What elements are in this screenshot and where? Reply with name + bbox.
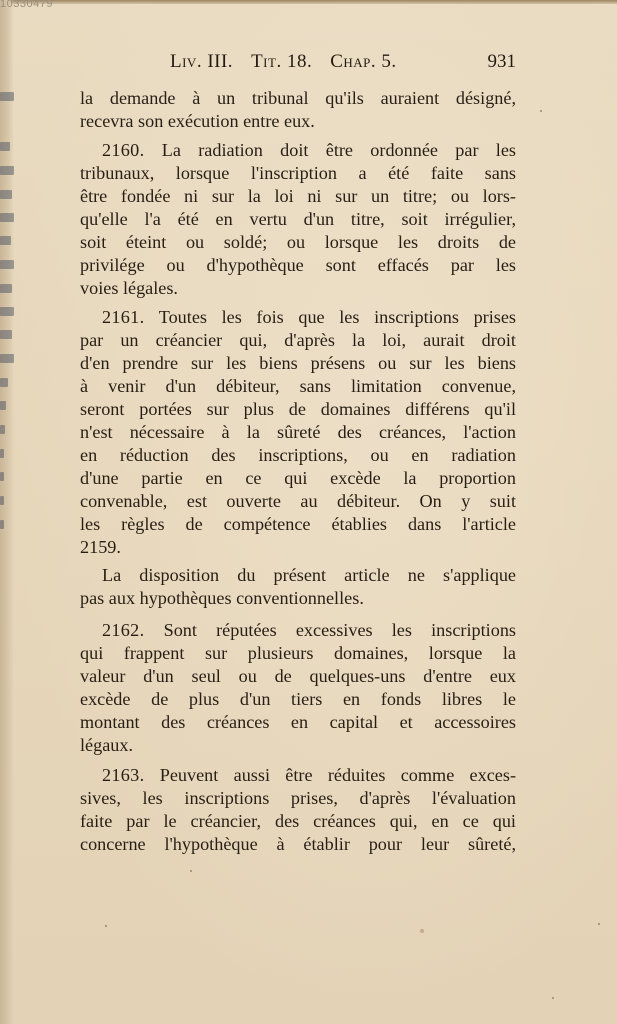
text-line: soit éteint ou soldé; ou lorsque les dro… xyxy=(80,231,516,254)
text-run: Sont réputées excessives les inscription… xyxy=(164,620,516,640)
bleed-through-mark xyxy=(0,354,14,363)
paper-speck xyxy=(552,997,554,999)
text-line: d'une partie en ce qui excède la proport… xyxy=(80,467,516,490)
bleed-through-mark xyxy=(0,330,12,339)
text-line: convenable, est ouverte au débiteur. On … xyxy=(80,490,516,513)
text-line: qui frappent sur plusieurs domaines, lor… xyxy=(80,642,516,665)
bleed-through-mark xyxy=(0,520,4,529)
text-run: Peuvent aussi être réduites comme exces- xyxy=(160,765,516,785)
page-number: 931 xyxy=(488,51,517,73)
text-line: seront portées sur plus de domaines diff… xyxy=(80,398,516,421)
bleed-through-mark xyxy=(0,378,8,387)
bleed-through-mark xyxy=(0,213,14,222)
article-2161-alinea: La disposition du présent article ne s'a… xyxy=(80,564,516,610)
bleed-through-mark xyxy=(0,190,12,199)
text-line-first: 2161. Toutes les fois que les inscriptio… xyxy=(80,306,516,329)
bleed-through-mark xyxy=(0,142,10,151)
bleed-through-mark xyxy=(0,496,4,505)
text-line: en réduction des inscriptions, ou en rad… xyxy=(80,444,516,467)
bleed-through-mark xyxy=(0,236,11,245)
bleed-through-mark xyxy=(0,284,12,293)
article-number: 2161. xyxy=(102,307,144,327)
text-line: voies légales. xyxy=(80,277,516,300)
text-line: La disposition du présent article ne s'a… xyxy=(80,564,516,587)
bleed-through-mark xyxy=(0,92,14,101)
paper-speck xyxy=(598,923,600,925)
text-line: tribunaux, lorsque l'inscription a été f… xyxy=(80,162,516,185)
text-line: n'est nécessaire à la sûreté des créance… xyxy=(80,421,516,444)
bleed-through-mark xyxy=(0,307,14,316)
text-line: à venir d'un débiteur, sans limitation c… xyxy=(80,375,516,398)
text-line: d'en prendre sur les biens présens ou su… xyxy=(80,352,516,375)
text-line: pas aux hypothèques conventionnelles. xyxy=(80,587,516,610)
bleed-through-mark xyxy=(0,425,5,434)
article-number: 2162. xyxy=(102,620,144,640)
bleed-through-mark xyxy=(0,260,14,269)
paper-speck xyxy=(540,110,542,112)
text-line: montant des créances en capital et acces… xyxy=(80,711,516,734)
bleed-through-mark xyxy=(0,166,14,175)
text-line: concerne l'hypothèque à établir pour leu… xyxy=(80,833,516,856)
text-line: 2159. xyxy=(80,536,516,559)
book-gutter-edge xyxy=(0,0,14,1024)
running-header: Liv. III. Tit. 18. Chap. 5. 931 xyxy=(170,51,516,75)
text-line: excède de plus d'un tiers en fonds libre… xyxy=(80,688,516,711)
bleed-through-mark xyxy=(0,401,6,410)
text-line: privilége ou d'hypothèque sont effacés p… xyxy=(80,254,516,277)
bleed-through-mark xyxy=(0,449,4,458)
text-line-first: 2163. Peuvent aussi être réduites comme … xyxy=(80,764,516,787)
header-titre: Tit. 18. xyxy=(251,51,312,73)
text-line: recevra son exécution entre eux. xyxy=(80,110,516,133)
article-number: 2160. xyxy=(102,140,144,160)
article-2161: 2161. Toutes les fois que les inscriptio… xyxy=(80,306,516,559)
text-line: les règles de compétence établies dans l… xyxy=(80,513,516,536)
header-chapitre: Chap. 5. xyxy=(330,51,487,73)
article-2160: 2160. La radiation doit être ordonnée pa… xyxy=(80,139,516,300)
text-line: légaux. xyxy=(80,734,516,757)
text-run: La radiation doit être ordonnée par les xyxy=(162,140,516,160)
bleed-through-mark xyxy=(0,472,4,481)
text-line: valeur d'un seul ou de quelques-uns d'en… xyxy=(80,665,516,688)
paragraph-continuation: la demande à un tribunal qu'ils auraient… xyxy=(80,87,516,133)
text-line: par un créancier qui, d'après la loi, au… xyxy=(80,329,516,352)
text-line: sives, les inscriptions prises, d'après … xyxy=(80,787,516,810)
text-line-first: 2162. Sont réputées excessives les inscr… xyxy=(80,619,516,642)
paper-speck xyxy=(190,870,192,872)
text-line-first: 2160. La radiation doit être ordonnée pa… xyxy=(80,139,516,162)
scan-id-label: 10330479 xyxy=(0,0,53,10)
text-line: être fondée ni sur la loi ni sur un titr… xyxy=(80,185,516,208)
page-top-edge xyxy=(0,0,617,4)
text-line: la demande à un tribunal qu'ils auraient… xyxy=(80,87,516,110)
text-line: qu'elle l'a été en vertu d'un titre, soi… xyxy=(80,208,516,231)
text-run: Toutes les fois que les inscriptions pri… xyxy=(159,307,516,327)
header-livre: Liv. III. xyxy=(170,51,233,73)
article-2162: 2162. Sont réputées excessives les inscr… xyxy=(80,619,516,757)
article-number: 2163. xyxy=(102,765,144,785)
paper-speck xyxy=(105,925,107,927)
text-line: faite par le créancier, des créances qui… xyxy=(80,810,516,833)
paper-speck xyxy=(420,929,424,933)
article-2163: 2163. Peuvent aussi être réduites comme … xyxy=(80,764,516,856)
